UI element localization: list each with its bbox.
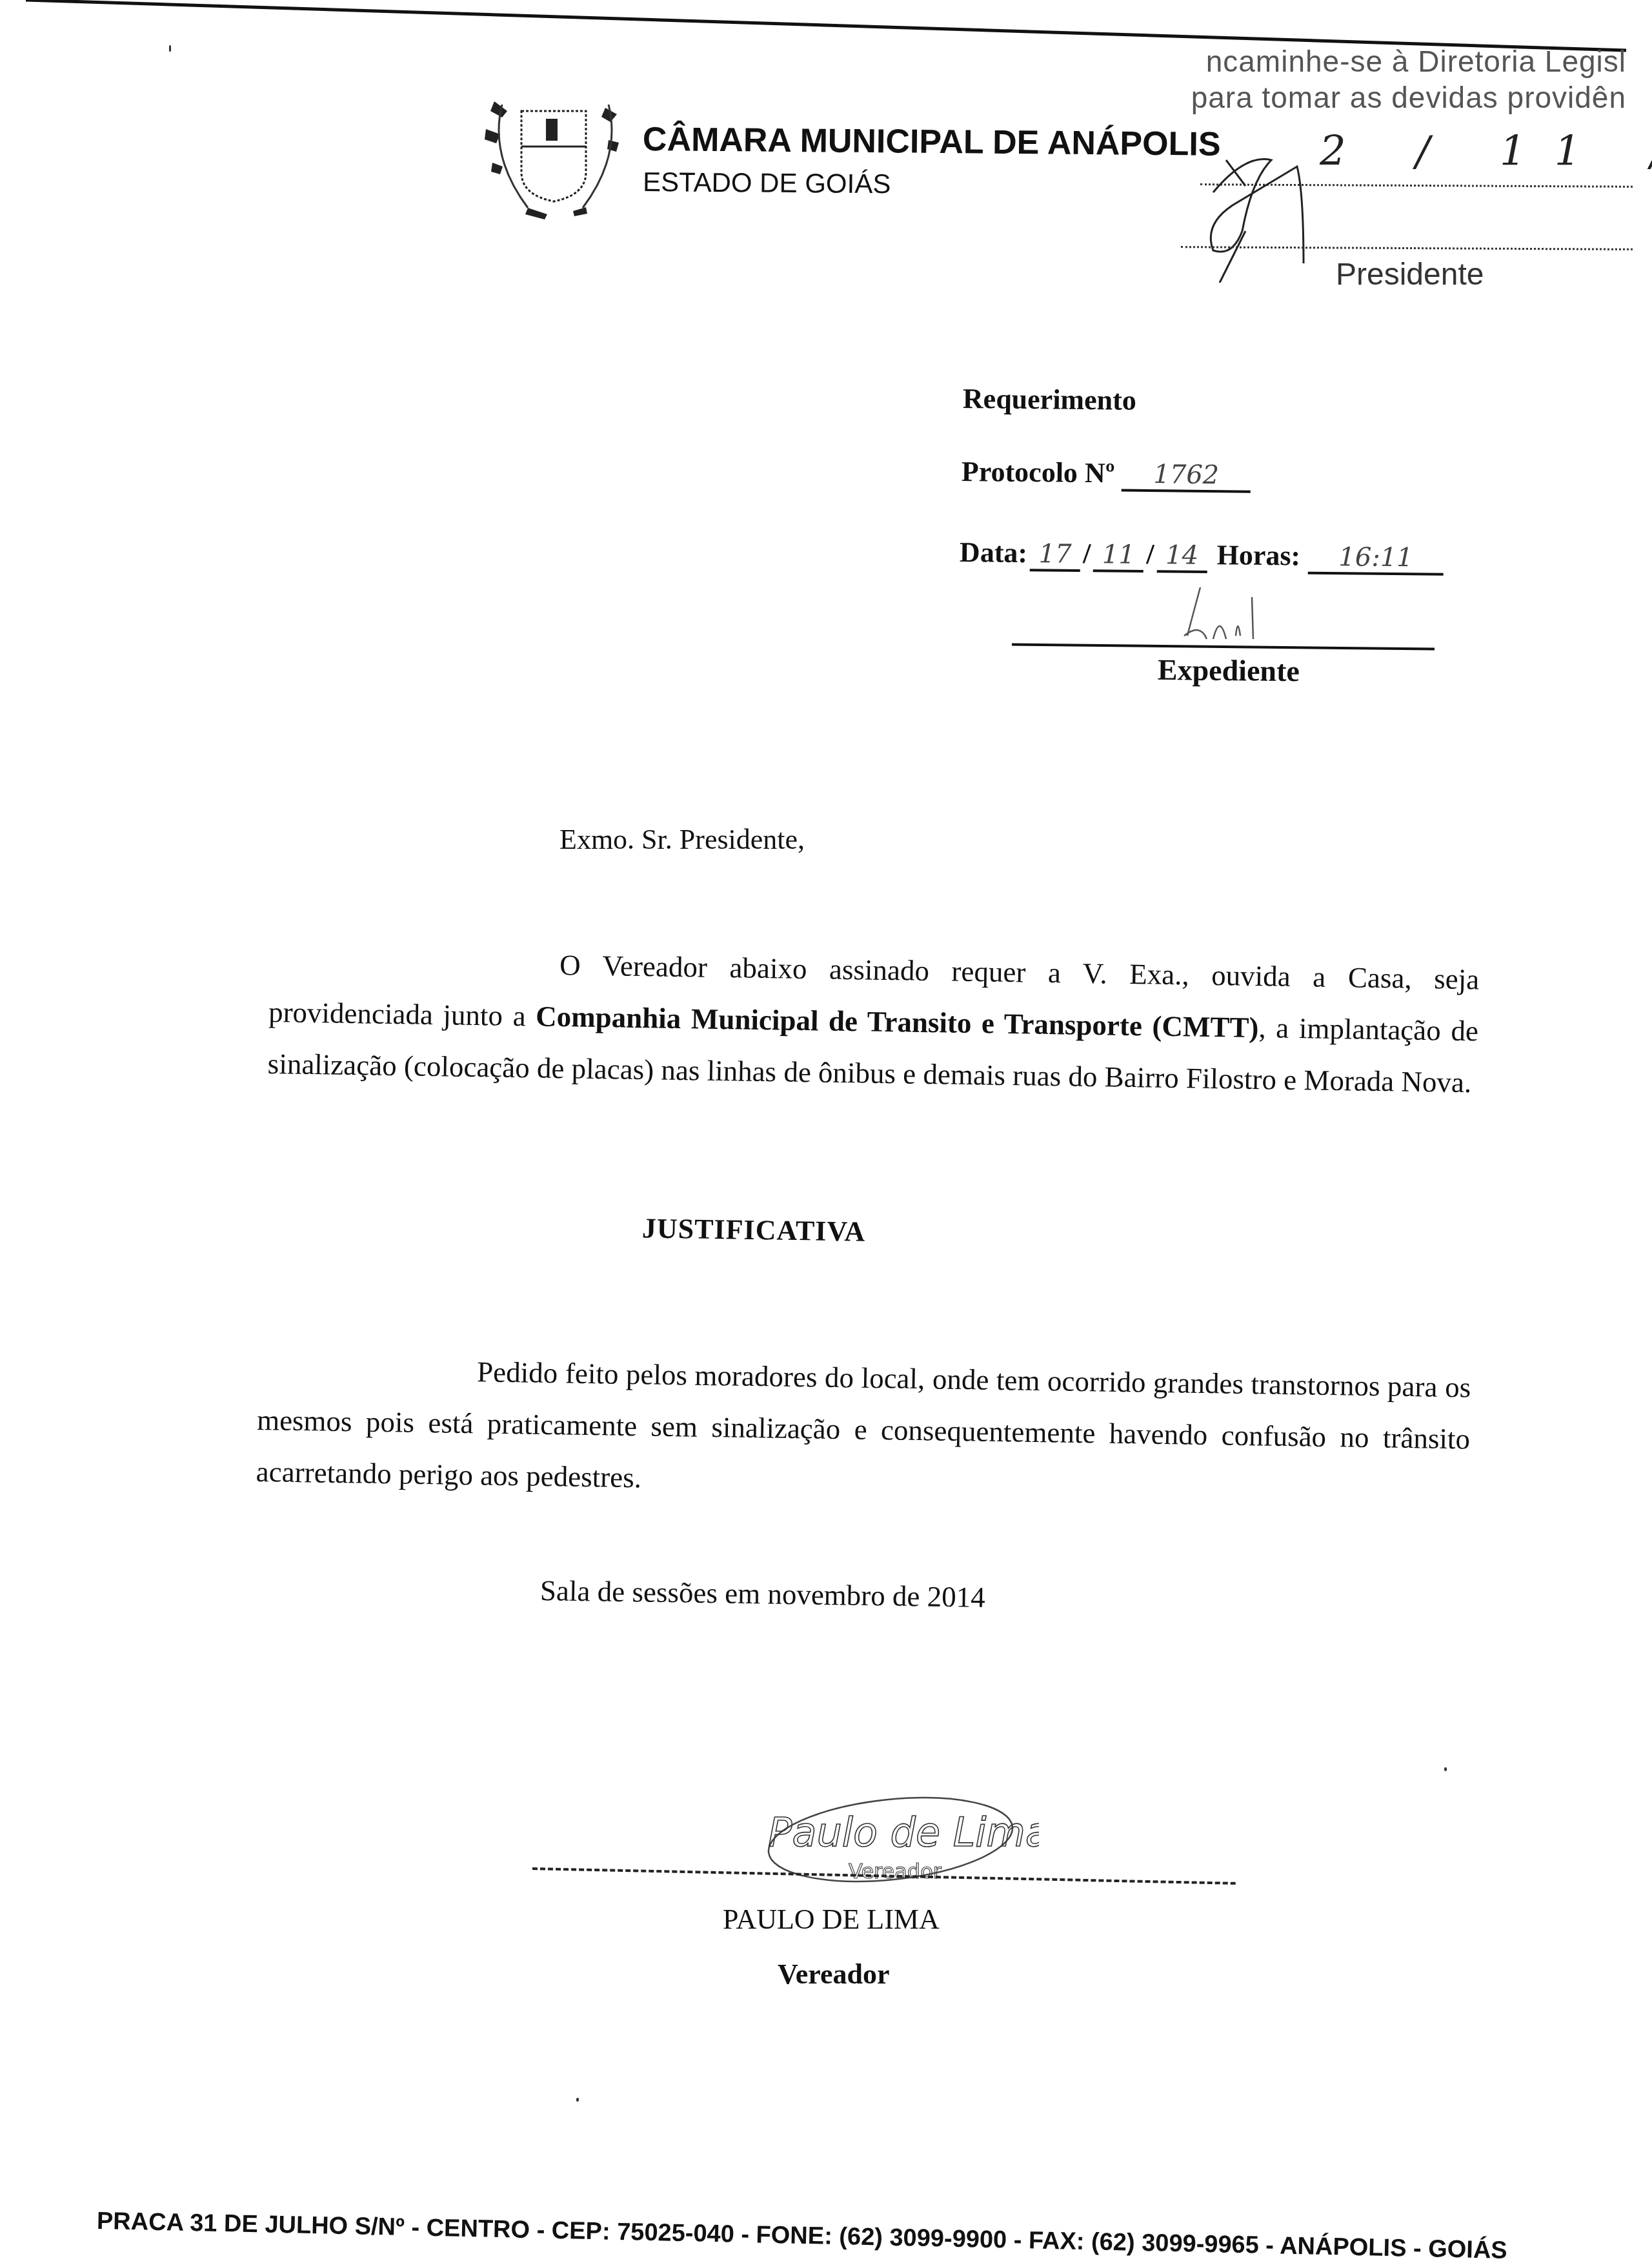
dispatch-stamp: ncaminhe-se à Diretoria Legisl para toma… [1168, 37, 1652, 283]
organization-state: ESTADO DE GOIÁS [643, 167, 891, 199]
time-field: 16:11 [1308, 542, 1444, 576]
signer-role: Vereador [778, 1958, 890, 1991]
request-entity-name: Companhia Municipal de Transito e Transp… [536, 1000, 1259, 1044]
president-signature-icon [1207, 154, 1323, 283]
scan-speck [1444, 1767, 1447, 1771]
time-label: Horas: [1216, 539, 1300, 571]
protocol-number-field: 1762 [1122, 460, 1251, 493]
stamp-text-line-2: para tomar as devidas providên [1191, 80, 1626, 115]
stamp-handwritten-date: 2 / 11 / 14 [1320, 128, 1652, 176]
date-label: Data: [960, 536, 1028, 569]
expediente-rule [1012, 644, 1435, 651]
coat-of-arms-icon [476, 79, 631, 227]
date-month-field: 11 [1093, 540, 1144, 573]
justification-paragraph: Pedido feito pelos moradores do local, o… [256, 1343, 1471, 1517]
request-paragraph: O Vereador abaixo assinado requer a V. E… [267, 935, 1480, 1108]
protocol-number-row: Protocolo Nº 1762 [962, 455, 1251, 493]
stamp-text-line-1: ncaminhe-se à Diretoria Legisl [1206, 44, 1626, 79]
justification-text: Pedido feito pelos moradores do local, o… [256, 1355, 1471, 1494]
stamp-role-label: Presidente [1336, 257, 1484, 292]
date-year-field: 14 [1156, 540, 1207, 573]
justification-heading: JUSTIFICATIVA [642, 1212, 866, 1248]
closing-line: Sala de sessões em novembro de 2014 [540, 1574, 986, 1614]
scan-speck [169, 45, 171, 52]
protocol-label: Protocolo Nº [962, 456, 1115, 489]
scan-speck [576, 2098, 579, 2102]
signer-name: PAULO DE LIMA [723, 1903, 940, 1936]
signature-stamp-name: Paulo de Lima [768, 1809, 1039, 1856]
expediente-label: Expediente [1158, 653, 1300, 688]
footer-address: PRACA 31 DE JULHO S/Nº - CENTRO - CEP: 7… [97, 2207, 1508, 2263]
document-type-title: Requerimento [963, 382, 1136, 417]
signature-stamp-role: Vereador [849, 1859, 942, 1883]
salutation: Exmo. Sr. Presidente, [559, 823, 805, 856]
date-time-row: Data:17/11/14 Horas:16:11 [960, 536, 1444, 576]
date-day-field: 17 [1030, 539, 1081, 572]
organization-name: CÂMARA MUNICIPAL DE ANÁPOLIS [643, 120, 1221, 164]
expediente-initials-icon [1181, 584, 1265, 642]
